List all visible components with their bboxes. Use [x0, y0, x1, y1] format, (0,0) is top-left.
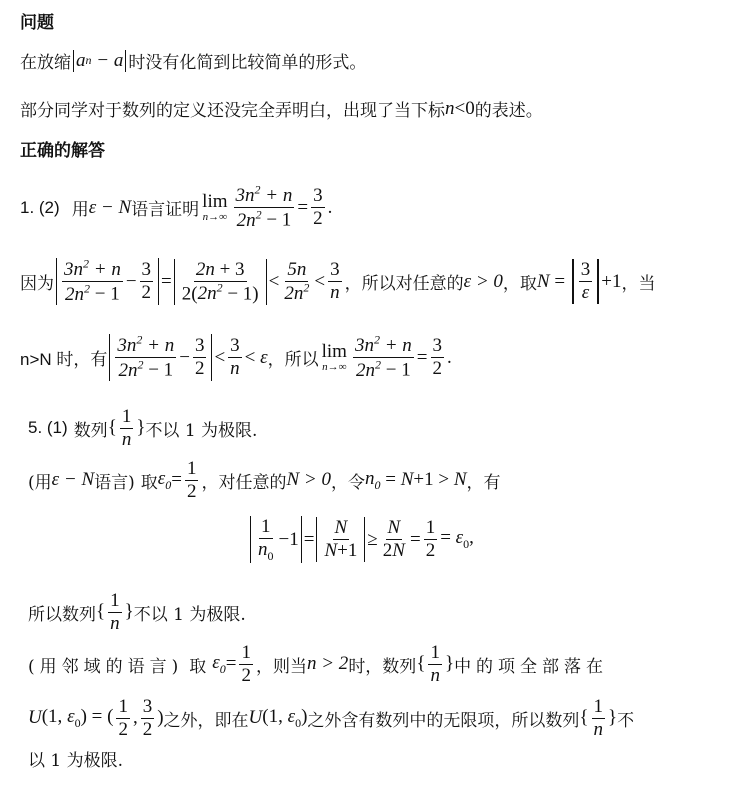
q5-method1-conclusion: 所以数列 {1n} 不以 1 为极限. — [28, 590, 246, 635]
q5-method2-line3: 以 1 为极限. — [28, 746, 123, 771]
abs-expr: 3n2 + n2n2 − 1− 32 — [56, 258, 159, 305]
q1-statement: 1. (2) 用 ε − N 语言证明 limn→∞ 3n2 + n2n2 − … — [20, 184, 332, 231]
text: 不 — [617, 706, 634, 731]
text: 中的项全部落在 — [454, 652, 608, 677]
problem-line-1: 在放缩 an − a 时没有化简到比较简单的形式。 — [20, 48, 366, 73]
text: 用 — [72, 195, 89, 220]
text: ，取 — [503, 269, 537, 294]
abs-expr: 3n2 + n2n2 − 1− 32 — [109, 334, 212, 381]
text: 之外，即在 — [164, 706, 249, 731]
N-definition: N — [537, 271, 550, 293]
fraction: 32 — [311, 185, 325, 230]
question-label: 1. (2) — [20, 198, 60, 218]
text: 的表述。 — [475, 96, 543, 121]
q5-method2-line2: U(1, ε0) = ( 12, 32) 之外，即在 U(1, ε0) 之外含有… — [28, 696, 634, 741]
text: 语言) — [94, 468, 135, 493]
text: n>N 时，有 — [20, 345, 107, 370]
text: 部分同学对于数列的定义还没完全弄明白，出现了当下标 — [20, 96, 445, 121]
abs-an-minus-a: an − a — [73, 50, 126, 72]
epsilon-condition: ε > 0 — [464, 271, 503, 293]
text: ，对任意的 — [201, 468, 286, 493]
N-condition: N > 0 — [286, 469, 331, 491]
q1-proof-line-2: n>N 时，有 3n2 + n2n2 − 1− 32 < 3n < ε ，所以 … — [20, 334, 452, 381]
text: 以 1 为极限. — [28, 746, 123, 771]
text: . — [447, 347, 452, 369]
text: 之外含有数列中的无限项，所以数列 — [307, 706, 579, 731]
text: 语言证明 — [131, 195, 199, 220]
text: 在放缩 — [20, 48, 71, 73]
text: 因为 — [20, 269, 54, 294]
q1-proof-line-1: 因为 3n2 + n2n2 − 1− 32 = 2n + 32(2n2 − 1)… — [20, 258, 656, 305]
limit: limn→∞ — [202, 192, 227, 224]
text: 不以 1 为极限. — [134, 600, 246, 625]
text: ，则当 — [256, 652, 307, 677]
text: (用 — [28, 468, 52, 493]
text: (用邻域的语言) — [28, 652, 183, 677]
text: ，当 — [622, 269, 656, 294]
text: 时没有化简到比较简单的形式。 — [128, 48, 366, 73]
heading-text: 问题 — [20, 8, 54, 33]
text: 取 — [189, 652, 206, 677]
n-condition: n > 2 — [307, 653, 348, 675]
text: ，所以对任意的 — [345, 269, 464, 294]
text: 不以 1 为极限. — [145, 416, 257, 441]
text: 数列 — [74, 416, 108, 441]
n-less-than-zero: n<0 — [445, 98, 475, 120]
q5-statement: 5. (1) 数列 {1n} 不以 1 为极限. — [28, 406, 257, 451]
q5-method2-line1: (用邻域的语言) 取 ε0=12 ，则当 n > 2 时，数列 {1n} 中的项… — [28, 642, 608, 687]
problems-heading: 问题 — [20, 8, 54, 33]
answers-heading: 正确的解答 — [20, 136, 105, 161]
text: 时，数列 — [348, 652, 416, 677]
problem-line-2: 部分同学对于数列的定义还没完全弄明白，出现了当下标 n<0 的表述。 — [20, 96, 543, 121]
text: ，所以 — [268, 345, 319, 370]
q5-display-equation: 1n0−1 = NN+1 ≥ N2N = 12 = ε0, — [248, 516, 474, 563]
text: ，令 — [331, 468, 365, 493]
q5-method1-line1: (用 ε − N 语言) 取 ε0=12 ，对任意的 N > 0 ，令 n0 =… — [28, 458, 501, 503]
limit: limn→∞ — [322, 342, 347, 374]
epsilon-n: ε − N — [89, 197, 131, 219]
epsilon-n: ε − N — [52, 469, 94, 491]
heading-text: 正确的解答 — [20, 136, 105, 161]
question-label: 5. (1) — [28, 418, 68, 438]
floor-bracket: 3ε — [572, 259, 600, 304]
text: 取 — [141, 468, 158, 493]
abs-expr: 2n + 32(2n2 − 1) — [174, 259, 267, 305]
fraction: 3n2 + n2n2 − 1 — [234, 184, 295, 231]
text: 所以数列 — [28, 600, 96, 625]
text: ，有 — [467, 468, 501, 493]
